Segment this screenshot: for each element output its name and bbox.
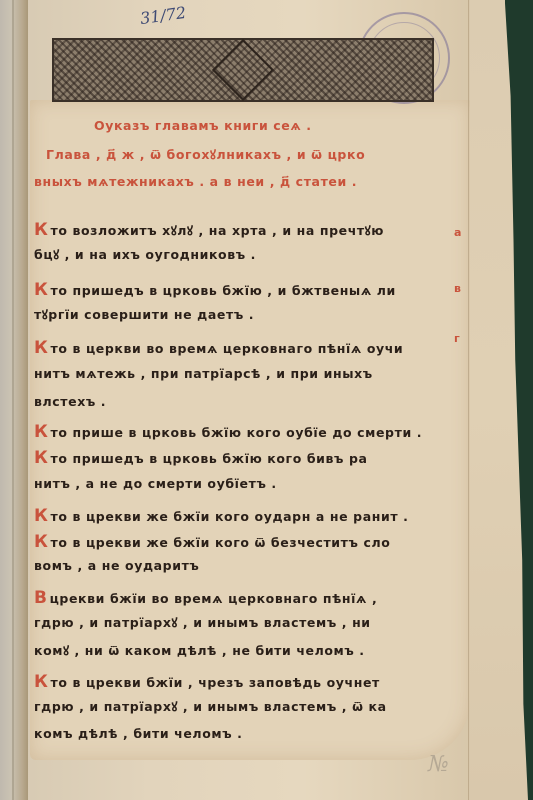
line-text: то пришедъ в црковь бжїю кого бивъ ра [51,451,368,466]
text-line: Вцрекви бжїи во времѧ церковнаго пѣнїѧ , [34,588,377,608]
text-line: гдрю , и патрїархꙋ , и инымъ властемъ , … [34,614,371,631]
line-text: гдрю , и патрїархꙋ , и инымъ властемъ , … [34,699,387,714]
text-line: бцꙋ , и на ихъ оугодниковъ . [34,246,256,263]
red-initial: К [34,672,49,692]
ornamental-headpiece [52,38,434,102]
chapter-heading-line-2: вныхъ мѧтежникахъ . а в неи , д҃ статеи … [34,174,357,189]
text-line: Кто возложитъ хꙋлꙋ , на хрта , и на преч… [34,220,384,240]
pencil-mark: № [428,752,449,777]
text-line: гдрю , и патрїархꙋ , и инымъ властемъ , … [34,698,387,715]
text-line: влстехъ . [34,394,106,409]
line-text: нитъ мѧтежь , при патрїарсѣ , и при иных… [34,366,373,381]
line-text: комꙋ , ни ѿ каком дѣлѣ , не бити челомъ … [34,643,365,658]
line-text: комъ дѣлѣ , бити челомъ . [34,726,243,741]
book-binding [0,0,28,800]
text-line: Кто в церкви во времѧ церковнаго пѣнїѧ о… [34,338,403,358]
line-text: влстехъ . [34,394,106,409]
line-text: гдрю , и патрїархꙋ , и инымъ властемъ , … [34,615,371,630]
line-text: тꙋргїи совершити не даетъ . [34,307,254,322]
text-line: нитъ мѧтежь , при патрїарсѣ , и при иных… [34,366,373,381]
red-initial: К [34,448,49,468]
chapter-heading-line-1: Глава , д҃ ж , ѿ богохꙋлникахъ , и ѿ црк… [46,146,365,163]
text-line: Кто прише в црковь бжїю кого оубїе до см… [34,422,422,442]
torn-right-edge [470,0,528,800]
line-text: нитъ , а не до смерти оубїетъ . [34,476,277,491]
text-line: Кто в црекви бжїи , чрезъ заповѣдь оучне… [34,672,380,692]
text-line: Кто в црекви же бжїи кого ѿ безчеститъ с… [34,532,390,552]
line-text: бцꙋ , и на ихъ оугодниковъ . [34,247,256,262]
line-text: то в црекви же бжїи кого ѿ безчеститъ сл… [51,535,391,550]
margin-number: г [454,332,460,345]
red-initial: К [34,506,49,526]
line-text: црекви бжїи во времѧ церковнаго пѣнїѧ , [50,591,378,606]
red-initial: В [34,588,48,608]
index-title: Оуказъ главамъ книги сеѧ . [94,118,312,133]
fold-line [468,0,469,800]
red-initial: К [34,532,49,552]
text-line: вомъ , а не оударитъ [34,558,199,573]
text-line: нитъ , а не до смерти оубїетъ . [34,476,277,491]
line-text: то в црекви же бжїи кого оударн а не ран… [51,509,409,524]
text-line: Кто пришедъ в црковь бжїю , и бжтвеныѧ л… [34,280,396,300]
margin-number: в [454,282,461,295]
red-initial: К [34,338,49,358]
line-text: то в церкви во времѧ церковнаго пѣнїѧ оу… [51,341,404,356]
line-text: то возложитъ хꙋлꙋ , на хрта , и на пречт… [51,223,384,238]
text-line: комъ дѣлѣ , бити челомъ . [34,726,243,741]
text-line: комꙋ , ни ѿ каком дѣлѣ , не бити челомъ … [34,642,365,659]
text-line: Кто пришедъ в црковь бжїю кого бивъ ра [34,448,368,468]
red-initial: К [34,220,49,240]
line-text: то прише в црковь бжїю кого оубїе до сме… [51,425,423,440]
text-line: тꙋргїи совершити не даетъ . [34,306,254,323]
text-line: Кто в црекви же бжїи кого оударн а не ра… [34,506,409,526]
red-initial: К [34,280,49,300]
line-text: вомъ , а не оударитъ [34,558,199,573]
line-text: то в црекви бжїи , чрезъ заповѣдь оучнет [51,675,380,690]
line-text: то пришедъ в црковь бжїю , и бжтвеныѧ ли [51,283,396,298]
red-initial: К [34,422,49,442]
binding-line [12,0,14,800]
margin-number: а [454,226,461,239]
